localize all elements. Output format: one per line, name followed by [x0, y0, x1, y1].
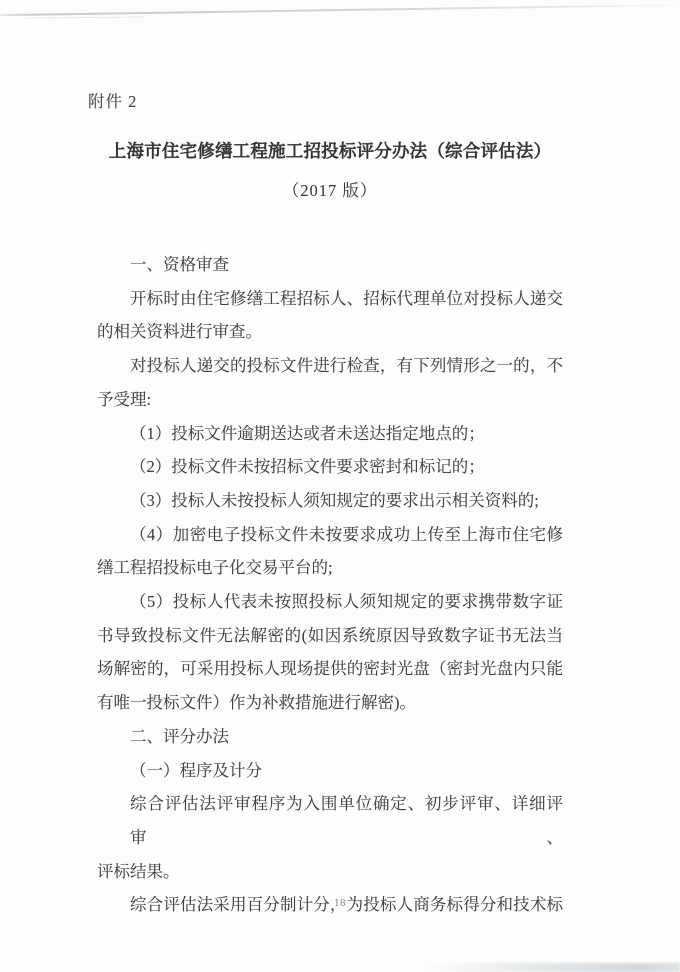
body-line: （4）加密电子投标文件未按要求成功上传至上海市住宅修 — [97, 518, 563, 552]
body-line: 缮工程招投标电子化交易平台的; — [97, 551, 563, 585]
scan-artifact-top-line — [0, 4, 680, 16]
body-line: 对投标人递交的投标文件进行检查，有下列情形之一的，不 — [97, 349, 563, 383]
document-title: 上海市住宅修缮工程施工招投标评分办法（综合评估法） — [97, 138, 563, 163]
scan-artifact-top-line-fragment — [25, 16, 145, 18]
body-line: （1）投标文件逾期送达或者未送达指定地点的； — [97, 417, 563, 451]
scan-artifact-bottom-shadow — [420, 963, 680, 972]
body-line: 评标结果。 — [97, 855, 563, 889]
body-line: 场解密的，可采用投标人现场提供的密封光盘（密封光盘内只能 — [97, 652, 563, 686]
body-line: （5）投标人代表未按照投标人须知规定的要求携带数字证 — [97, 585, 563, 619]
page-number: 18 — [0, 897, 680, 909]
body-line: 的相关资料进行审查。 — [97, 315, 563, 349]
document-body: 一、资格审查 开标时由住宅修缮工程招标人、招标代理单位对投标人递交 的相关资料进… — [97, 248, 563, 922]
edition-label: （2017 版） — [97, 177, 563, 201]
body-line: 开标时由住宅修缮工程招标人、招标代理单位对投标人递交 — [97, 282, 563, 316]
body-line: 二、评分办法 — [97, 720, 563, 754]
body-line: （一）程序及计分 — [97, 754, 563, 788]
body-line: 书导致投标文件无法解密的(如因系统原因导致数字证书无法当 — [97, 619, 563, 653]
body-line: （2）投标文件未按招标文件要求密封和标记的； — [97, 450, 563, 484]
body-line: （3）投标人未按投标人须知规定的要求出示相关资料的; — [97, 484, 563, 518]
attachment-label: 附件 2 — [88, 88, 137, 112]
body-line: 综合评估法评审程序为入围单位确定、初步评审、详细评审、 — [97, 787, 563, 854]
body-line: 予受理: — [97, 383, 563, 417]
body-line: 一、资格审查 — [97, 248, 563, 282]
title-block: 上海市住宅修缮工程施工招投标评分办法（综合评估法） （2017 版） — [97, 138, 563, 201]
scanned-document-page: 附件 2 上海市住宅修缮工程施工招投标评分办法（综合评估法） （2017 版） … — [0, 0, 680, 972]
body-line: 有唯一投标文件）作为补救措施进行解密)。 — [97, 686, 563, 720]
